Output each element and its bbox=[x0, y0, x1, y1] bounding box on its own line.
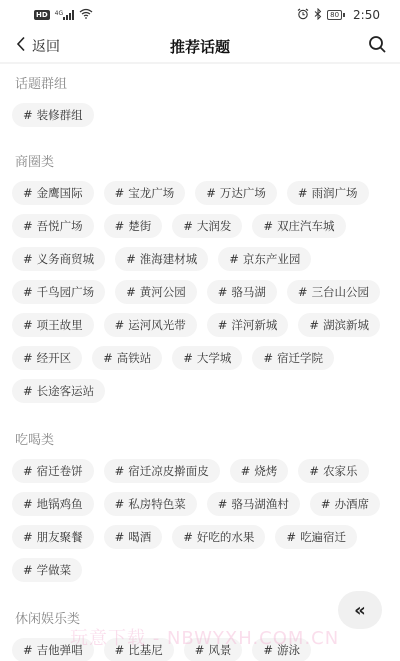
network-type: 4G bbox=[55, 10, 63, 17]
hd-icon: HD bbox=[34, 10, 50, 20]
hash-icon: # bbox=[309, 464, 319, 478]
hash-icon: # bbox=[23, 384, 33, 398]
topic-tag-label: 宝龙广场 bbox=[128, 186, 174, 200]
topic-tag[interactable]: #骆马湖渔村 bbox=[207, 492, 300, 516]
hash-icon: # bbox=[195, 643, 205, 657]
hash-icon: # bbox=[115, 464, 125, 478]
topic-tag[interactable]: #吉他弹唱 bbox=[12, 638, 94, 661]
hash-icon: # bbox=[206, 186, 216, 200]
hash-icon: # bbox=[115, 186, 125, 200]
topic-tag[interactable]: #长途客运站 bbox=[12, 379, 105, 403]
topic-tag[interactable]: #楚街 bbox=[104, 214, 163, 238]
topic-tag[interactable]: #私房特色菜 bbox=[104, 492, 197, 516]
topic-tag[interactable]: #大润发 bbox=[172, 214, 242, 238]
topic-tag[interactable]: #义务商贸城 bbox=[12, 247, 105, 271]
topic-tag[interactable]: #经开区 bbox=[12, 346, 82, 370]
tag-list: #装修群组 bbox=[12, 103, 388, 127]
topic-tag-label: 装修群组 bbox=[37, 108, 83, 122]
topic-tag[interactable]: #千鸟园广场 bbox=[12, 280, 105, 304]
hash-icon: # bbox=[241, 464, 251, 478]
topic-section: 商圈类#金鹰国际#宝龙广场#万达广场#雨润广场#吾悦广场#楚街#大润发#双庄汽车… bbox=[12, 155, 388, 403]
topic-tag[interactable]: #宿迁凉皮擀面皮 bbox=[104, 459, 220, 483]
topic-tag[interactable]: #运河风光带 bbox=[104, 313, 197, 337]
topic-tag-label: 楚街 bbox=[128, 219, 151, 233]
topic-tag[interactable]: #宝龙广场 bbox=[104, 181, 186, 205]
hash-icon: # bbox=[263, 351, 273, 365]
topic-tag-label: 三台山公园 bbox=[312, 285, 370, 299]
topic-tag-label: 风景 bbox=[208, 643, 231, 657]
topic-section: 吃喝类#宿迁卷饼#宿迁凉皮擀面皮#烧烤#农家乐#地锅鸡鱼#私房特色菜#骆马湖渔村… bbox=[12, 433, 388, 582]
topic-tag[interactable]: #地锅鸡鱼 bbox=[12, 492, 94, 516]
topic-tag[interactable]: #项王故里 bbox=[12, 313, 94, 337]
hash-icon: # bbox=[23, 219, 33, 233]
topic-tag[interactable]: #宿迁卷饼 bbox=[12, 459, 94, 483]
battery-icon: 80 bbox=[327, 10, 345, 20]
status-bar: HD 4G 80 2:50 bbox=[0, 0, 400, 30]
topic-tag[interactable]: #朋友聚餐 bbox=[12, 525, 94, 549]
topic-tag[interactable]: #吃遍宿迁 bbox=[275, 525, 357, 549]
topic-tag-label: 吉他弹唱 bbox=[37, 643, 83, 657]
topic-tag[interactable]: #比基尼 bbox=[104, 638, 174, 661]
topic-tag[interactable]: #农家乐 bbox=[298, 459, 368, 483]
topic-tag-label: 经开区 bbox=[37, 351, 72, 365]
hash-icon: # bbox=[23, 186, 33, 200]
topic-tag[interactable]: #学做菜 bbox=[12, 558, 82, 582]
hash-icon: # bbox=[23, 643, 33, 657]
topic-tag[interactable]: #黄河公园 bbox=[115, 280, 197, 304]
topic-tag-label: 洋河新城 bbox=[231, 318, 277, 332]
hash-icon: # bbox=[23, 318, 33, 332]
hash-icon: # bbox=[23, 497, 33, 511]
topic-tag-label: 千鸟园广场 bbox=[37, 285, 95, 299]
hash-icon: # bbox=[183, 530, 193, 544]
topic-tag-label: 游泳 bbox=[277, 643, 300, 657]
topic-tag-label: 长途客运站 bbox=[37, 384, 95, 398]
topic-tag-label: 宿迁卷饼 bbox=[37, 464, 83, 478]
double-chevron-left-icon: « bbox=[354, 600, 366, 621]
section-title: 话题群组 bbox=[15, 77, 385, 93]
topic-tag[interactable]: #三台山公园 bbox=[287, 280, 380, 304]
topic-tag[interactable]: #湖滨新城 bbox=[298, 313, 380, 337]
topic-tag[interactable]: #雨润广场 bbox=[287, 181, 369, 205]
hash-icon: # bbox=[298, 285, 308, 299]
chevron-left-icon bbox=[16, 36, 26, 56]
hash-icon: # bbox=[115, 530, 125, 544]
topic-tag-label: 骆马湖渔村 bbox=[231, 497, 289, 511]
hash-icon: # bbox=[23, 530, 33, 544]
topic-tag-label: 金鹰国际 bbox=[37, 186, 83, 200]
topic-tag[interactable]: #办酒席 bbox=[310, 492, 380, 516]
battery-level: 80 bbox=[327, 10, 342, 20]
bluetooth-icon bbox=[314, 8, 322, 23]
topic-tag-label: 烧烤 bbox=[254, 464, 277, 478]
hash-icon: # bbox=[263, 219, 273, 233]
hash-icon: # bbox=[218, 497, 228, 511]
topic-tag[interactable]: #金鹰国际 bbox=[12, 181, 94, 205]
topic-tag-label: 办酒席 bbox=[335, 497, 370, 511]
topic-list: 话题群组#装修群组商圈类#金鹰国际#宝龙广场#万达广场#雨润广场#吾悦广场#楚街… bbox=[0, 77, 400, 661]
topic-tag[interactable]: #洋河新城 bbox=[207, 313, 289, 337]
hash-icon: # bbox=[263, 643, 273, 657]
status-left: HD 4G bbox=[34, 8, 93, 22]
hash-icon: # bbox=[23, 108, 33, 122]
tag-list: #宿迁卷饼#宿迁凉皮擀面皮#烧烤#农家乐#地锅鸡鱼#私房特色菜#骆马湖渔村#办酒… bbox=[12, 459, 388, 582]
hash-icon: # bbox=[115, 643, 125, 657]
back-button[interactable]: 返回 bbox=[16, 36, 60, 56]
nav-bar: 返回 推荐话题 bbox=[0, 30, 400, 64]
topic-tag[interactable]: #淮海建材城 bbox=[115, 247, 208, 271]
topic-tag[interactable]: #烧烤 bbox=[230, 459, 289, 483]
hash-icon: # bbox=[298, 186, 308, 200]
topic-tag-label: 大学城 bbox=[197, 351, 232, 365]
hash-icon: # bbox=[23, 285, 33, 299]
topic-tag[interactable]: #骆马湖 bbox=[207, 280, 277, 304]
topic-tag-label: 高铁站 bbox=[117, 351, 152, 365]
topic-tag-label: 宿迁学院 bbox=[277, 351, 323, 365]
topic-tag-label: 项王故里 bbox=[37, 318, 83, 332]
topic-tag-label: 淮海建材城 bbox=[140, 252, 198, 266]
topic-section: 话题群组#装修群组 bbox=[12, 77, 388, 127]
topic-tag[interactable]: #万达广场 bbox=[195, 181, 277, 205]
topic-tag[interactable]: #喝酒 bbox=[104, 525, 163, 549]
hash-icon: # bbox=[218, 285, 228, 299]
hash-icon: # bbox=[115, 318, 125, 332]
topic-tag[interactable]: #吾悦广场 bbox=[12, 214, 94, 238]
topic-tag-label: 农家乐 bbox=[323, 464, 358, 478]
tag-list: #吉他弹唱#比基尼#风景#游泳 bbox=[12, 638, 388, 661]
hash-icon: # bbox=[126, 252, 136, 266]
topic-tag[interactable]: #好吃的水果 bbox=[172, 525, 265, 549]
topic-tag-label: 黄河公园 bbox=[140, 285, 186, 299]
section-title: 吃喝类 bbox=[15, 433, 385, 449]
collapse-button[interactable]: « bbox=[338, 591, 382, 629]
section-title: 休闲娱乐类 bbox=[15, 612, 385, 628]
hash-icon: # bbox=[309, 318, 319, 332]
hash-icon: # bbox=[115, 497, 125, 511]
hash-icon: # bbox=[218, 318, 228, 332]
hash-icon: # bbox=[23, 464, 33, 478]
hash-icon: # bbox=[286, 530, 296, 544]
topic-tag[interactable]: #游泳 bbox=[252, 638, 311, 661]
topic-tag-label: 吾悦广场 bbox=[37, 219, 83, 233]
topic-tag-label: 京东产业园 bbox=[243, 252, 301, 266]
topic-tag-label: 万达广场 bbox=[220, 186, 266, 200]
topic-tag[interactable]: #高铁站 bbox=[92, 346, 162, 370]
hash-icon: # bbox=[23, 563, 33, 577]
topic-tag-label: 好吃的水果 bbox=[197, 530, 255, 544]
back-label: 返回 bbox=[32, 36, 60, 56]
topic-tag-label: 喝酒 bbox=[128, 530, 151, 544]
topic-tag-label: 大润发 bbox=[197, 219, 232, 233]
hash-icon: # bbox=[126, 285, 136, 299]
topic-tag[interactable]: #双庄汽车城 bbox=[252, 214, 345, 238]
topic-tag[interactable]: #装修群组 bbox=[12, 103, 94, 127]
tag-list: #金鹰国际#宝龙广场#万达广场#雨润广场#吾悦广场#楚街#大润发#双庄汽车城#义… bbox=[12, 181, 388, 403]
topic-tag[interactable]: #大学城 bbox=[172, 346, 242, 370]
topic-tag-label: 私房特色菜 bbox=[128, 497, 186, 511]
section-title: 商圈类 bbox=[15, 155, 385, 171]
topic-tag-label: 学做菜 bbox=[37, 563, 72, 577]
hash-icon: # bbox=[321, 497, 331, 511]
topic-tag-label: 骆马湖 bbox=[231, 285, 266, 299]
hash-icon: # bbox=[183, 219, 193, 233]
hash-icon: # bbox=[229, 252, 239, 266]
topic-tag-label: 双庄汽车城 bbox=[277, 219, 335, 233]
search-button[interactable] bbox=[368, 35, 386, 57]
hash-icon: # bbox=[23, 351, 33, 365]
topic-tag-label: 地锅鸡鱼 bbox=[37, 497, 83, 511]
topic-tag[interactable]: #风景 bbox=[184, 638, 243, 661]
topic-tag-label: 朋友聚餐 bbox=[37, 530, 83, 544]
hash-icon: # bbox=[115, 219, 125, 233]
topic-tag-label: 比基尼 bbox=[128, 643, 163, 657]
wifi-icon bbox=[79, 8, 93, 22]
hash-icon: # bbox=[23, 252, 33, 266]
topic-tag[interactable]: #宿迁学院 bbox=[252, 346, 334, 370]
topic-tag-label: 湖滨新城 bbox=[323, 318, 369, 332]
topic-tag-label: 宿迁凉皮擀面皮 bbox=[128, 464, 209, 478]
signal-icon: 4G bbox=[55, 10, 74, 20]
topic-tag-label: 义务商贸城 bbox=[37, 252, 95, 266]
topic-tag-label: 雨润广场 bbox=[312, 186, 358, 200]
hash-icon: # bbox=[103, 351, 113, 365]
page-title: 推荐话题 bbox=[0, 36, 400, 57]
search-icon bbox=[368, 35, 386, 57]
topic-tag[interactable]: #京东产业园 bbox=[218, 247, 311, 271]
topic-section: 休闲娱乐类#吉他弹唱#比基尼#风景#游泳 bbox=[12, 612, 388, 661]
topic-tag-label: 运河风光带 bbox=[128, 318, 186, 332]
topic-tag-label: 吃遍宿迁 bbox=[300, 530, 346, 544]
alarm-icon bbox=[297, 8, 309, 23]
hash-icon: # bbox=[183, 351, 193, 365]
status-right: 80 2:50 bbox=[297, 8, 380, 23]
clock: 2:50 bbox=[353, 8, 380, 22]
